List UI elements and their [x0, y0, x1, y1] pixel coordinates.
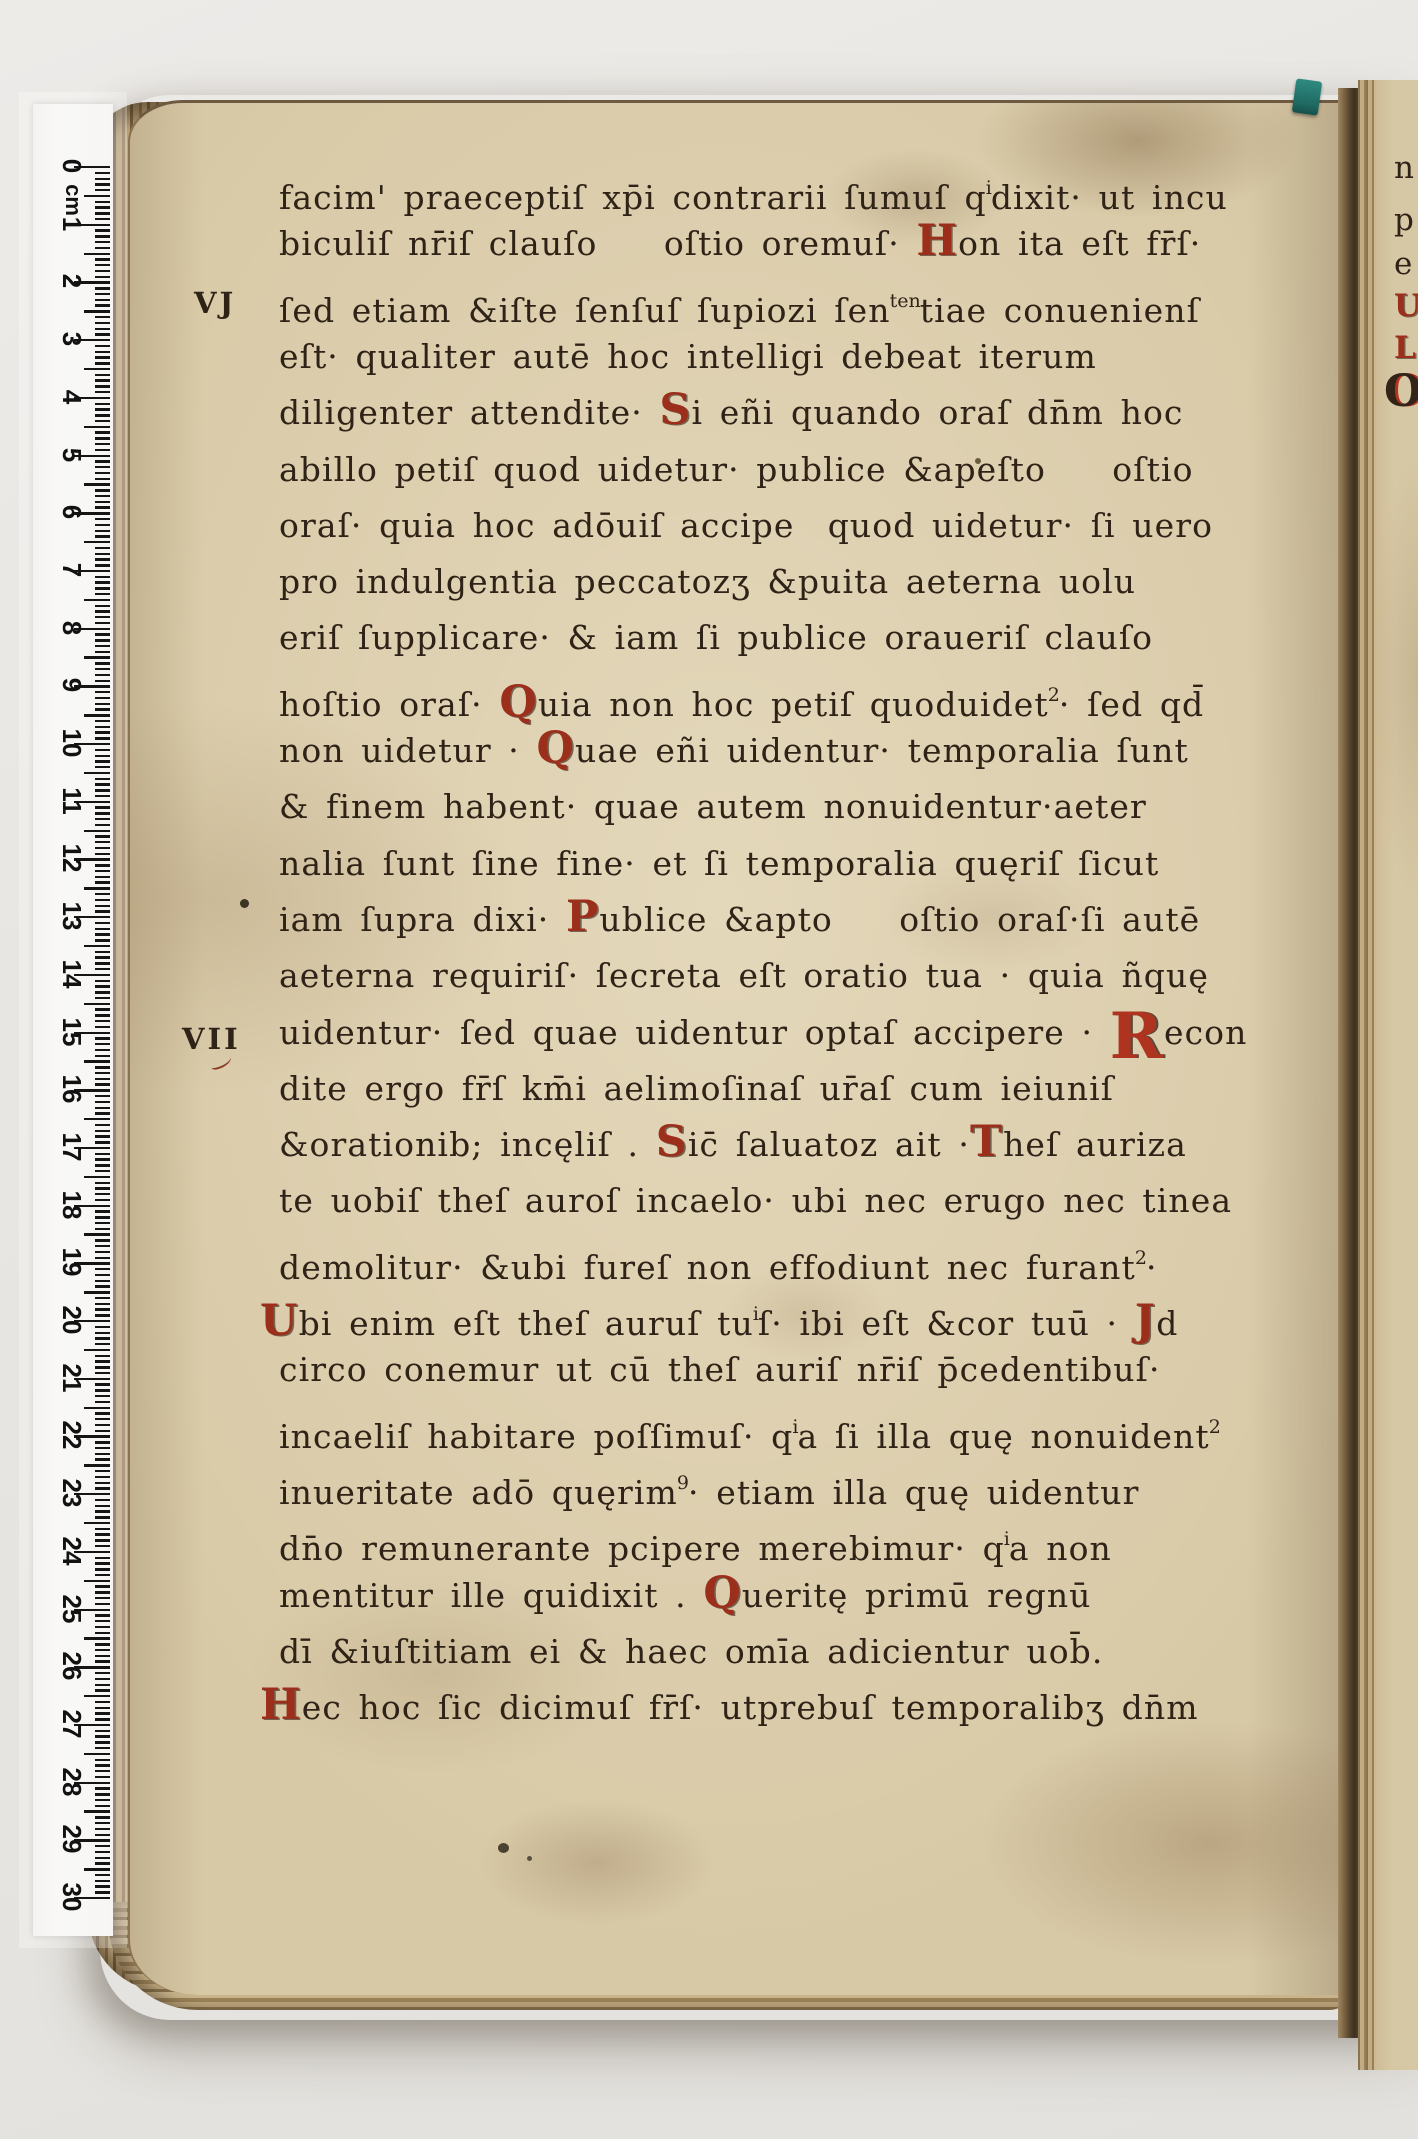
manuscript-text-line: aeterna requiriſ· ſecreta eſt oratio tua…	[279, 948, 1209, 1004]
ruler-number: 4	[57, 380, 87, 414]
ruler-tick	[95, 1447, 110, 1449]
manuscript-text-line: biculiſ nr̄iſ clauſo oſtio oremuſ· Hon i…	[279, 216, 1201, 272]
ruler-tick	[95, 1424, 110, 1426]
ruler-tick	[95, 1274, 110, 1276]
ruler-tick	[84, 195, 110, 197]
manuscript-text-line: eriſ ſupplicare· & iam ſi publice orauer…	[279, 610, 1153, 666]
ruler-tick	[95, 1372, 110, 1374]
ruler-tick	[95, 818, 110, 820]
text-segment: uae eñi uidentur· temporalia ſunt	[575, 731, 1189, 770]
ruler-tick	[95, 708, 110, 710]
ruler-tick	[95, 1828, 110, 1830]
ruler-number: 3	[57, 322, 87, 356]
ruler-tick	[84, 1522, 110, 1524]
ink-speck	[527, 1856, 532, 1861]
ruler-tick	[95, 1510, 110, 1512]
text-segment: uidentur· ſed quae uidentur optaſ accipe…	[279, 1013, 1110, 1052]
ruler-tick	[95, 374, 110, 376]
ruler-tick	[95, 1874, 110, 1876]
ruler-tick	[95, 1562, 110, 1564]
text-segment: a ſi illa quę nonuident	[797, 1417, 1209, 1456]
ruler-number: 16	[57, 1072, 87, 1106]
ruler-tick	[95, 1672, 110, 1674]
text-segment: ueritę primū regnū	[742, 1576, 1092, 1615]
ruler-tick	[95, 576, 110, 578]
ruler-tick	[95, 1776, 110, 1778]
ruler-tick	[95, 1678, 110, 1680]
ruler-tick	[95, 506, 110, 508]
ruler-tick	[95, 697, 110, 699]
ruler-tick	[95, 1182, 110, 1184]
ruler-number: 13	[57, 899, 87, 933]
manuscript-text-line: dite ergo fr̄ſ km̄i aelimoſinaſ ur̄aſ cu…	[279, 1061, 1114, 1117]
ruler-tick	[95, 1822, 110, 1824]
ruler-tick	[95, 616, 110, 618]
ruler-tick	[95, 408, 110, 410]
ruler-tick	[95, 824, 110, 826]
ruler-tick	[95, 1862, 110, 1864]
text-segment: nalia ſunt ſine fine· et ſi temporalia q…	[279, 844, 1159, 883]
ruler-tick	[95, 1251, 110, 1253]
ruler-tick	[95, 1591, 110, 1593]
text-segment: iam ſupra dixi·	[279, 900, 566, 939]
ruler-tick	[95, 1210, 110, 1212]
ruler-tick	[95, 1389, 110, 1391]
ruler-tick	[95, 212, 110, 214]
manuscript-text-line: eſt· qualiter autē hoc intelligi debeat …	[279, 329, 1097, 385]
ruler-number: 30	[57, 1880, 87, 1914]
ruler-tick	[95, 524, 110, 526]
text-segment: hoſtio oraſ·	[279, 685, 499, 724]
ruler-tick	[84, 426, 110, 428]
manuscript-text-line: oraſ· quia hoc adōuiſ accipe quod uidetu…	[279, 498, 1213, 554]
ruler-tick	[95, 1528, 110, 1530]
ruler-tick	[95, 1164, 110, 1166]
text-segment: d	[1156, 1304, 1178, 1343]
ruler-tick	[95, 1078, 110, 1080]
manuscript-text-line: diligenter attendite· Si eñi quando oraſ…	[279, 385, 1184, 441]
ruler-tick	[95, 1730, 110, 1732]
manuscript-text-line: Hec hoc ſic dicimuſ fr̄ſ· utprebuſ tempo…	[260, 1680, 1199, 1736]
text-segment: ſ· ibi eſt &cor tuū ·	[758, 1304, 1135, 1343]
facing-page-letter: U	[1394, 288, 1418, 324]
ruler-tick	[95, 1072, 110, 1074]
ruler-tick	[95, 183, 110, 185]
facing-page-letter: e	[1394, 246, 1412, 282]
ruler-tick	[95, 593, 110, 595]
ruler-tick	[95, 178, 110, 180]
ruler-tick	[95, 333, 110, 335]
ruler-tick	[95, 1458, 110, 1460]
ruler-tick	[95, 1620, 110, 1622]
ruler-tick	[95, 1626, 110, 1628]
ruler-tick	[95, 789, 110, 791]
ruler-tick	[95, 1066, 110, 1068]
text-segment: mentitur ille quidixit .	[279, 1576, 703, 1615]
manuscript-text-line: dī &iuſtitiam ei & haec omīa adicientur …	[279, 1624, 1103, 1680]
text-segment: incaeliſ habitare poſſimuſ· q	[279, 1417, 793, 1456]
text-segment: eriſ ſupplicare· & iam ſi publice orauer…	[279, 618, 1153, 657]
ruler-tick	[95, 841, 110, 843]
ruler-number: 7	[57, 553, 87, 587]
ruler-tick	[95, 1816, 110, 1818]
ruler-tick	[95, 362, 110, 364]
ruler-tick	[95, 564, 110, 566]
ink-speck	[498, 1843, 509, 1853]
ruler-tick	[95, 247, 110, 249]
ruler-tick	[84, 1176, 110, 1178]
ruler-tick	[95, 172, 110, 174]
ruler-tick	[95, 928, 110, 930]
ruler-tick	[95, 581, 110, 583]
ruler-tick	[95, 605, 110, 607]
ruler-tick	[95, 968, 110, 970]
ruler-tick	[95, 1655, 110, 1657]
ruler-tick	[95, 1487, 110, 1489]
ruler-tick	[95, 391, 110, 393]
ruler-tick	[95, 1107, 110, 1109]
ruler-tick	[95, 1799, 110, 1801]
ruler-tick	[95, 299, 110, 301]
ruler-tick	[95, 518, 110, 520]
ruler-number: 6	[57, 495, 87, 529]
ruler-tick	[95, 558, 110, 560]
ruler-tick	[95, 720, 110, 722]
ruler-tick	[95, 258, 110, 260]
rubricated-initial: S	[659, 385, 691, 435]
ruler-tick	[95, 639, 110, 641]
text-segment: econ	[1164, 1013, 1248, 1052]
ruler-tick	[95, 1395, 110, 1397]
ruler-tick	[95, 1885, 110, 1887]
ruler-tick	[95, 1880, 110, 1882]
ruler-number: 26	[57, 1649, 87, 1683]
ruler-tick	[95, 1216, 110, 1218]
ruler-tick	[95, 1303, 110, 1305]
ruler-tick	[95, 1539, 110, 1541]
text-segment: ec hoc ſic dicimuſ fr̄ſ· utprebuſ tempor…	[302, 1688, 1199, 1727]
ruler-tick	[95, 703, 110, 705]
ruler-tick	[95, 1482, 110, 1484]
ruler-tick	[95, 472, 110, 474]
ruler-tick	[95, 1383, 110, 1385]
ruler-tick	[95, 737, 110, 739]
text-segment: ·	[1146, 1248, 1158, 1287]
text-segment: bi enim eſt theſ auruſ tu	[299, 1304, 754, 1343]
ruler-tick	[84, 1753, 110, 1755]
ruler-tick	[95, 328, 110, 330]
manuscript-text-line: uidentur· ſed quae uidentur optaſ accipe…	[279, 1005, 1248, 1061]
ruler-tick	[95, 1014, 110, 1016]
rubricated-initial: S	[656, 1117, 688, 1167]
ruler-tick	[95, 755, 110, 757]
rubricated-initial: U	[260, 1296, 299, 1346]
ruler-number: 9	[57, 668, 87, 702]
ruler-tick	[95, 1199, 110, 1201]
text-segment: circo conemur ut cū theſ auriſ nr̄iſ p̄c…	[279, 1350, 1161, 1389]
ruler-tick	[95, 847, 110, 849]
ruler: 0123456789101112131415161718192021222324…	[33, 104, 113, 1936]
ruler-tick	[95, 1049, 110, 1051]
ruler-tick	[95, 431, 110, 433]
ruler-number: 12	[57, 841, 87, 875]
ruler-tick	[95, 1412, 110, 1414]
text-segment: dite ergo fr̄ſ km̄i aelimoſinaſ ur̄aſ cu…	[279, 1069, 1114, 1108]
ruler-tick	[95, 1851, 110, 1853]
ruler-tick	[95, 460, 110, 462]
text-segment: oraſ· quia hoc adōuiſ accipe quod uidetu…	[279, 506, 1213, 545]
ruler-tick	[95, 766, 110, 768]
ruler-tick	[95, 962, 110, 964]
ruler-tick	[95, 1689, 110, 1691]
ruler-tick	[95, 1187, 110, 1189]
ruler-tick	[95, 1533, 110, 1535]
ruler-tick	[95, 1557, 110, 1559]
ruler-tick	[95, 489, 110, 491]
ruler-tick	[95, 379, 110, 381]
ruler-tick	[95, 1741, 110, 1743]
ruler-tick	[95, 997, 110, 999]
manuscript-text-line: & finem habent· quae autem nonuidentur·a…	[279, 779, 1147, 835]
ruler-tick	[95, 1805, 110, 1807]
ruler-tick	[95, 853, 110, 855]
manuscript-text-line: iam ſupra dixi· Publice &apto oſtio oraſ…	[279, 892, 1200, 948]
rubricated-initial: Q	[499, 677, 538, 727]
ruler-number: 21	[57, 1361, 87, 1395]
text-segment: dī &iuſtitiam ei & haec omīa adicientur …	[279, 1632, 1103, 1671]
ruler-tick	[95, 951, 110, 953]
facing-page-letter: p	[1394, 202, 1414, 238]
rubricated-initial: P	[566, 892, 599, 942]
ruler-tick	[95, 414, 110, 416]
ruler-tick	[95, 910, 110, 912]
ruler-tick	[84, 656, 110, 658]
ruler-tick	[95, 1845, 110, 1847]
ruler-tick	[95, 345, 110, 347]
ruler-tick	[95, 1401, 110, 1403]
ruler-tick	[95, 264, 110, 266]
text-segment: demolitur· &ubi fureſ non effodiunt nec …	[279, 1248, 1136, 1287]
ruler-tick	[95, 1597, 110, 1599]
ruler-tick	[95, 1614, 110, 1616]
ruler-tick	[95, 1297, 110, 1299]
ruler-tick	[95, 1020, 110, 1022]
ruler-tick	[95, 1684, 110, 1686]
ruler-tick	[95, 1332, 110, 1334]
ruler-tick	[84, 1868, 110, 1870]
facing-page-letter: H	[1414, 1090, 1418, 1240]
ruler-tick	[95, 1135, 110, 1137]
ruler-tick	[95, 835, 110, 837]
margin-numeral-vi: VJ	[194, 286, 236, 320]
ruler-tick	[95, 1124, 110, 1126]
ruler-number: 15	[57, 1015, 87, 1049]
ruler-tick	[84, 1810, 110, 1812]
ruler-tick	[95, 229, 110, 231]
ruler-tick	[95, 731, 110, 733]
ruler-tick	[95, 201, 110, 203]
ruler-tick	[95, 1366, 110, 1368]
ruler-tick	[95, 1170, 110, 1172]
ruler-tick	[95, 1643, 110, 1645]
manuscript-text-line: non uidetur · Quae eñi uidentur· tempora…	[279, 723, 1189, 779]
ruler-tick	[95, 1603, 110, 1605]
text-segment: pro indulgentia peccatozʒ &puita aeterna…	[279, 562, 1136, 601]
ruler-tick	[95, 501, 110, 503]
ruler-tick	[95, 933, 110, 935]
ruler-tick	[95, 1222, 110, 1224]
ruler-tick	[95, 1158, 110, 1160]
ruler-tick	[84, 1003, 110, 1005]
ruler-number: 24	[57, 1534, 87, 1568]
text-segment: uia non hoc petiſ quoduidet	[538, 685, 1049, 724]
ruler-tick	[95, 610, 110, 612]
rubricated-initial: T	[970, 1117, 1003, 1167]
ruler-tick	[95, 795, 110, 797]
ruler-tick	[95, 316, 110, 318]
ruler-tick	[95, 1770, 110, 1772]
ruler-tick	[95, 1470, 110, 1472]
ruler-tick	[95, 1747, 110, 1749]
ruler-tick	[95, 304, 110, 306]
ruler-tick	[95, 1505, 110, 1507]
ruler-tick	[95, 1055, 110, 1057]
ruler-tick	[95, 651, 110, 653]
text-segment: dn̄o remunerante pcipere merebimur· q	[279, 1529, 1005, 1568]
text-segment: i eñi quando oraſ dn̄m hoc	[692, 393, 1184, 432]
ruler-tick	[95, 206, 110, 208]
text-segment: heſ auriza	[1003, 1125, 1187, 1164]
ruler-tick	[84, 1349, 110, 1351]
ruler-tick	[84, 253, 110, 255]
ruler-tick	[95, 1193, 110, 1195]
ruler-tick	[95, 547, 110, 549]
ruler-tick	[95, 662, 110, 664]
manuscript-text-line: abillo petiſ quod uidetur· publice &apeſ…	[279, 442, 1194, 498]
ruler-tick	[84, 1407, 110, 1409]
ruler-tick	[95, 466, 110, 468]
rubricated-initial: J	[1135, 1296, 1156, 1346]
ruler-number: 8	[57, 611, 87, 645]
ruler-tick	[95, 1632, 110, 1634]
ruler-tick	[95, 922, 110, 924]
ruler-tick	[84, 1060, 110, 1062]
ruler-tick	[95, 680, 110, 682]
ruler-tick	[95, 1239, 110, 1241]
text-segment: biculiſ nr̄iſ clauſo oſtio oremuſ·	[279, 224, 916, 263]
ruler-tick	[95, 241, 110, 243]
ruler-tick	[84, 945, 110, 947]
ruler-tick	[95, 385, 110, 387]
ruler-tick	[95, 1834, 110, 1836]
bookmark-ribbon	[1292, 78, 1322, 115]
text-segment: ublice &apto oſtio oraſ·ſi autē	[599, 900, 1200, 939]
ruler-tick	[95, 1308, 110, 1310]
ruler-tick	[84, 1695, 110, 1697]
text-segment: abillo petiſ quod uidetur· publice &apeſ…	[279, 450, 1194, 489]
ruler-tick	[95, 1043, 110, 1045]
text-segment: & finem habent· quae autem nonuidentur·a…	[279, 787, 1147, 826]
ruler-tick	[95, 1891, 110, 1893]
ruler-tick	[95, 1130, 110, 1132]
ruler-tick	[95, 1499, 110, 1501]
ruler-tick	[95, 1759, 110, 1761]
ruler-tick	[95, 1545, 110, 1547]
ruler-tick	[95, 1153, 110, 1155]
ruler-tick	[84, 772, 110, 774]
facing-page-letter: n	[1394, 150, 1414, 186]
text-segment: diligenter attendite·	[279, 393, 659, 432]
ruler-tick	[95, 1355, 110, 1357]
ruler-number: 0	[57, 149, 87, 183]
ruler-tick	[95, 1257, 110, 1259]
text-segment: te uobiſ theſ auroſ incaelo· ubi nec eru…	[279, 1181, 1232, 1220]
ruler-tick	[84, 830, 110, 832]
ruler-tick	[95, 622, 110, 624]
text-segment: inueritate adō quęrim	[279, 1473, 678, 1512]
ruler-tick	[95, 1314, 110, 1316]
ruler-tick	[95, 1568, 110, 1570]
ruler-number: 2	[57, 264, 87, 298]
ink-speck	[240, 899, 249, 908]
rubricated-initial: H	[260, 1680, 302, 1730]
ruler-tick	[95, 1787, 110, 1789]
text-segment: eſt· qualiter autē hoc intelligi debeat …	[279, 337, 1097, 376]
ruler-tick	[95, 645, 110, 647]
ruler-tick	[95, 1735, 110, 1737]
ruler-tick	[84, 1580, 110, 1582]
ruler-tick	[95, 420, 110, 422]
ruler-tick	[95, 1701, 110, 1703]
ruler-tick	[95, 1245, 110, 1247]
margin-numeral-vii: VII	[182, 1022, 241, 1056]
ruler-number: 22	[57, 1418, 87, 1452]
ruler-tick	[95, 478, 110, 480]
text-segment: 2	[1209, 1416, 1221, 1438]
ruler-tick	[95, 1430, 110, 1432]
ruler-tick	[95, 270, 110, 272]
ruler-tick	[95, 1083, 110, 1085]
ruler-tick	[95, 749, 110, 751]
manuscript-text-line: mentitur ille quidixit . Queritę primū r…	[279, 1568, 1092, 1624]
ruler-tick	[95, 1280, 110, 1282]
ruler-number: 5	[57, 438, 87, 472]
ruler-number: 25	[57, 1592, 87, 1626]
ruler-tick	[84, 1637, 110, 1639]
ruler-tick	[95, 760, 110, 762]
text-segment: ſed etiam &iſte ſenſuſ ſupiozi ſen	[279, 291, 891, 330]
ruler-number: 14	[57, 957, 87, 991]
ruler-tick	[84, 887, 110, 889]
manuscript-text-line: te uobiſ theſ auroſ incaelo· ubi nec eru…	[279, 1173, 1232, 1229]
ruler-tick	[95, 1585, 110, 1587]
ruler-tick	[95, 633, 110, 635]
ruler-tick	[84, 599, 110, 601]
ruler-tick	[95, 939, 110, 941]
manuscript-text-line: pro indulgentia peccatozʒ &puita aeterna…	[279, 554, 1136, 610]
ruler-tick	[95, 674, 110, 676]
ruler-tick	[95, 356, 110, 358]
ruler-tick	[95, 530, 110, 532]
ruler-tick	[95, 783, 110, 785]
ruler-number: 20	[57, 1303, 87, 1337]
ruler-tick	[95, 956, 110, 958]
ruler-tick	[95, 985, 110, 987]
ruler-tick	[95, 1476, 110, 1478]
rubricated-initial: Q	[536, 723, 575, 773]
ruler-tick	[95, 691, 110, 693]
manuscript-text-line: &orationib; incęliſ . Sic̄ ſaluatoz ait …	[279, 1117, 1187, 1173]
